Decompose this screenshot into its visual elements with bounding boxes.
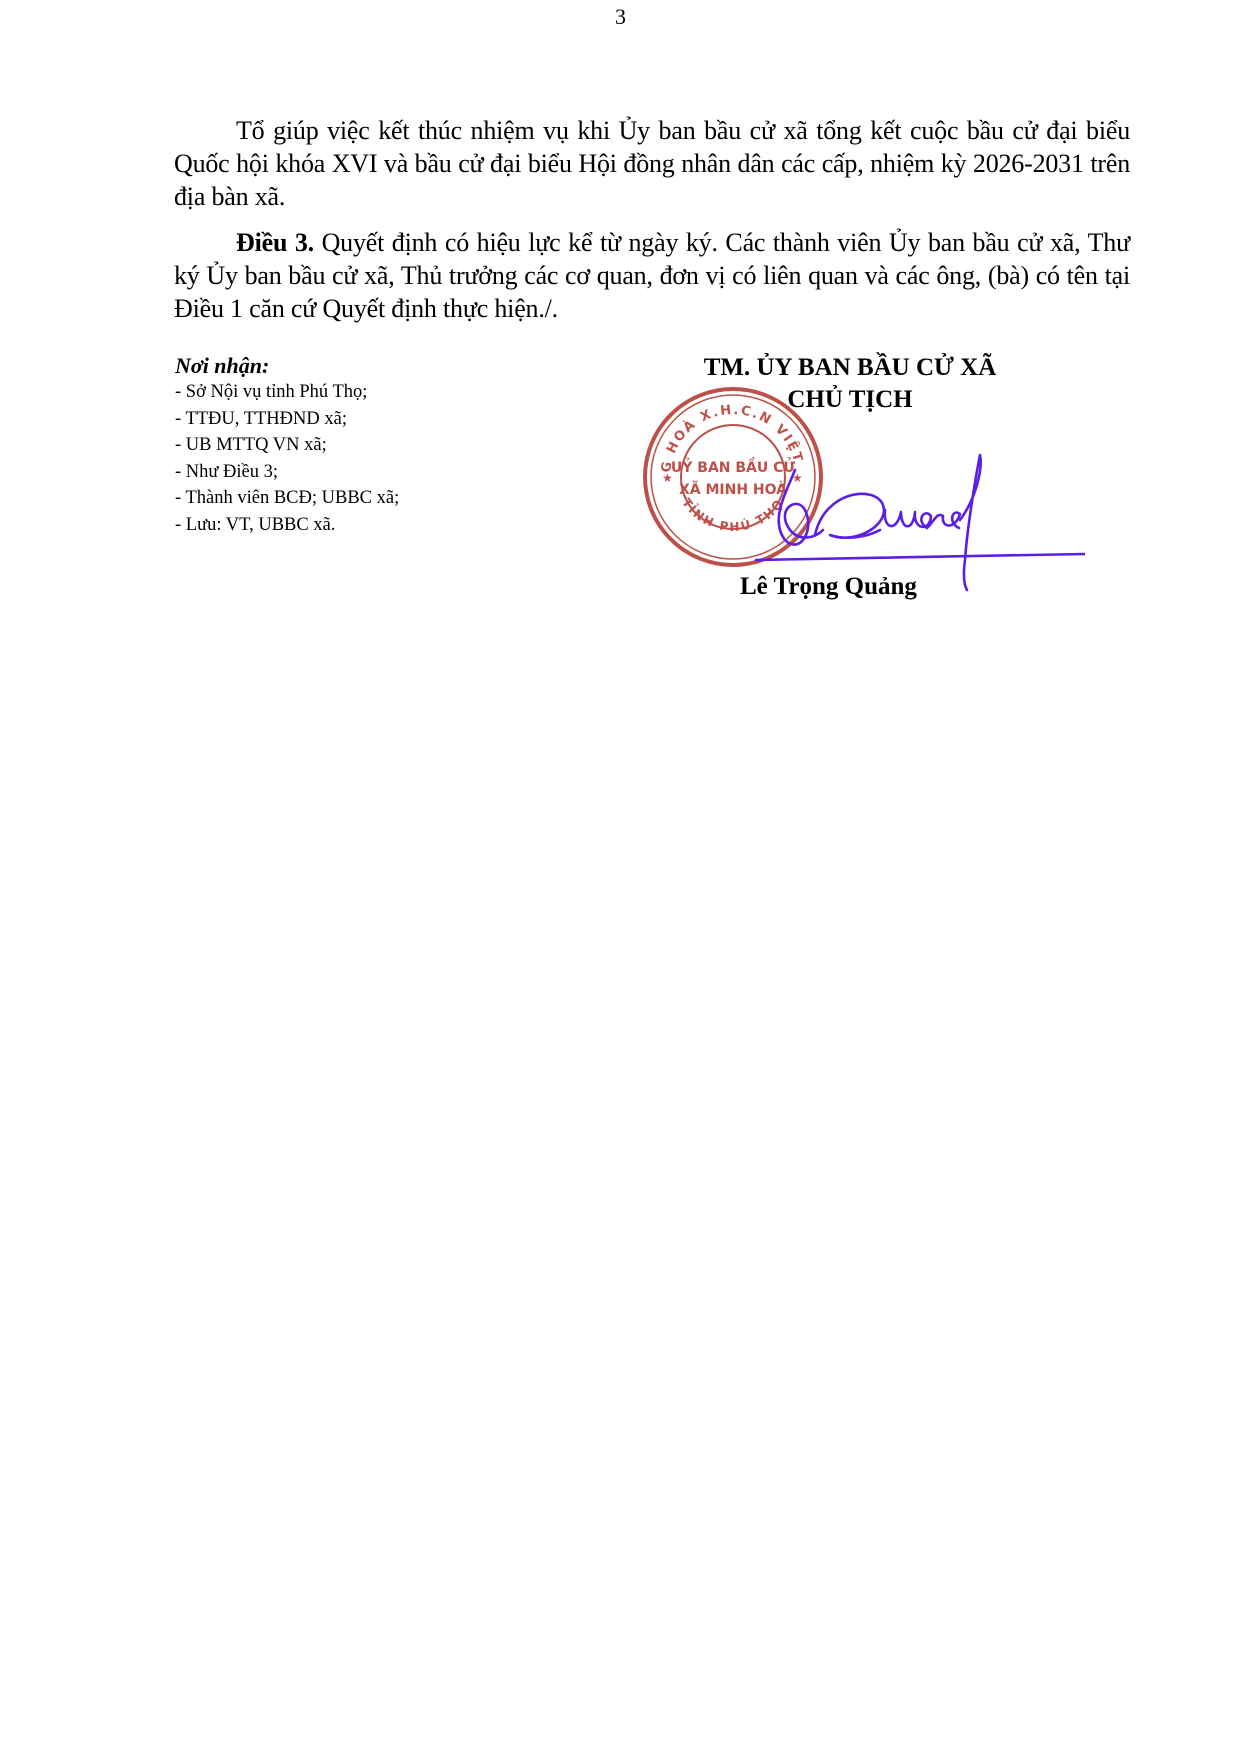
recipient-item: - Như Điều 3; bbox=[175, 459, 575, 486]
article-3-label: Điều 3. bbox=[236, 228, 314, 257]
recipient-item: - TTĐU, TTHĐND xã; bbox=[175, 406, 575, 433]
signing-organization: TM. ỦY BAN BẦU CỬ XÃ bbox=[620, 352, 1080, 384]
recipient-item: - UB MTTQ VN xã; bbox=[175, 432, 575, 459]
paragraph-article-3: Điều 3. Quyết định có hiệu lực kể từ ngà… bbox=[174, 226, 1130, 325]
recipients-block: Nơi nhận: - Sở Nội vụ tỉnh Phú Thọ; - TT… bbox=[175, 352, 575, 538]
recipient-item: - Thành viên BCĐ; UBBC xã; bbox=[175, 485, 575, 512]
handwritten-signature-icon bbox=[755, 450, 1085, 600]
recipients-list: - Sở Nội vụ tỉnh Phú Thọ; - TTĐU, TTHĐND… bbox=[175, 379, 575, 538]
signature-block: TM. ỦY BAN BẦU CỬ XÃ CHỦ TỊCH bbox=[620, 352, 1080, 416]
recipient-item: - Lưu: VT, UBBC xã. bbox=[175, 512, 575, 539]
recipient-item: - Sở Nội vụ tỉnh Phú Thọ; bbox=[175, 379, 575, 406]
page-number: 3 bbox=[0, 2, 1241, 32]
paragraph-task-force: Tổ giúp việc kết thúc nhiệm vụ khi Ủy ba… bbox=[174, 114, 1130, 213]
signer-title: CHỦ TỊCH bbox=[620, 384, 1080, 416]
article-3-text: Quyết định có hiệu lực kể từ ngày ký. Cá… bbox=[174, 228, 1130, 323]
recipients-title: Nơi nhận: bbox=[175, 352, 575, 379]
